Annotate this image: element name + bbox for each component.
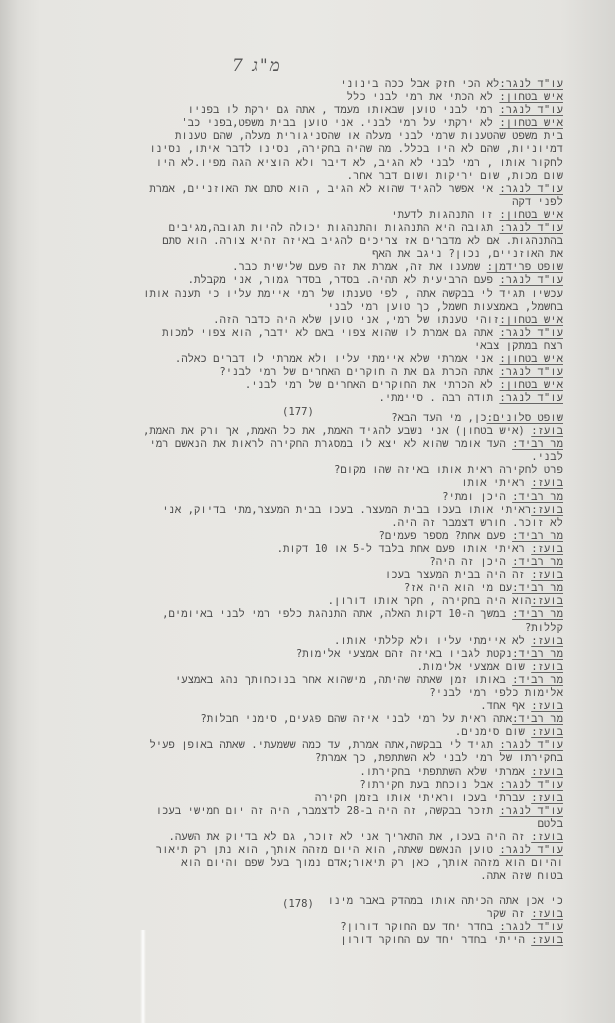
transcript-line: שום מכות, שום יריקות ושום דבר אחר. <box>33 170 563 183</box>
transcript-line: עו"ד לנגר: בחדר יחד עם החוקר דורון? <box>33 921 563 934</box>
transcript-line: לפני דקה <box>33 196 563 209</box>
speaker-label: מר רביד: <box>512 438 563 450</box>
transcript-line: בועז: ראיתי אותו פעם אחת בלבד ל-5 או 10 … <box>33 543 563 556</box>
speaker-label: בועז: <box>531 595 563 607</box>
utterance-text: והיום הוא מזהה אותך, כאן רק תיאור;אדם נמ… <box>181 857 563 869</box>
transcript-section-3: כי אכן אתה הכיתה אותו במהדק באבר מינובוע… <box>33 895 563 947</box>
utterance-text: הוא היה בחקירה , חקר אותו דורון. <box>328 595 532 607</box>
utterance-text: פעם אחת? מספר פעמים? <box>378 530 512 542</box>
utterance-text: פרט לחקירה ראית אותו באיזה שהו מקום? <box>334 464 563 476</box>
utterance-text: עם מי הוא היה אז? <box>404 582 512 594</box>
speaker-label: עו"ד לנגר: <box>499 739 563 751</box>
utterance-text: בית משפט שהטענות שרמי לבני מעלה או שהסני… <box>175 130 563 142</box>
transcript-line: דמיוניות, שהם לא היו בכלל. מה שהיה בחקיר… <box>33 143 563 156</box>
utterance-text: את האוזניים, נכון? ניגב את האף <box>372 248 563 260</box>
transcript-line: עכשיו תגיד לי בבקשה אתה , לפי טענתו של ר… <box>33 288 563 301</box>
transcript-line: בית משפט שהטענות שרמי לבני מעלה או שהסני… <box>33 130 563 143</box>
speaker-label: מר רביד: <box>512 713 563 725</box>
paper-fold-highlight <box>140 930 146 1023</box>
utterance-text: רמי לבני טוען שבאותו מעמד , אתה גם ירקת … <box>188 104 500 116</box>
speaker-label: בועז: <box>531 700 563 712</box>
utterance-text: אף אחד. <box>480 700 531 712</box>
utterance-text: תגיד לי בבקשה,אתה אמרת, עד כמה ששמעתי. ש… <box>149 739 499 751</box>
transcript-line: בועז: זה היה בעכו, את התאריך אני לא זוכר… <box>33 831 563 844</box>
transcript-line: בועז: לא איימתי עליו ולא קללתי אותו. <box>33 635 563 648</box>
speaker-label: מר רביד: <box>512 674 563 686</box>
transcript-line: בועז: אמרתי שלא השתתפתי בחקירתו. <box>33 766 563 779</box>
speaker-label: בועז: <box>531 425 563 437</box>
transcript-line: עו"ד לנגר: תזכר בבקשה, זה היה ב-28 לדצמב… <box>33 805 563 818</box>
speaker-label: איש בטחון: <box>499 91 563 103</box>
speaker-label: עו"ד לנגר: <box>499 183 563 195</box>
transcript-line: עו"ד לנגר: פעם הרביעית לא תהיה. בסדר, בס… <box>33 274 563 287</box>
speaker-label: בועז: <box>531 792 563 804</box>
section-2-lines: שופט סלונים:כן, מי העד הבא?בועז: (איש בט… <box>33 412 563 883</box>
utterance-text: אבל נוכחת בעת חקירתו? <box>359 779 499 791</box>
transcript-line: עו"ד לנגר: טוען הנאשם שאתה, הוא היום מזה… <box>33 844 563 857</box>
speaker-label: עו"ד לנגר: <box>499 392 563 404</box>
utterance-text: שום אמצעי אלימות. <box>417 661 532 673</box>
transcript-line: מר רביד:עם מי הוא היה אז? <box>33 582 563 595</box>
transcript-line: עו"ד לנגר: אי אפשר להגיד שהוא לא הגיב , … <box>33 183 563 196</box>
transcript-line: איש בטחון: לא הכרתי את החוקרים האחרים של… <box>33 379 563 392</box>
transcript-line: מר רביד: פעם אחת? מספר פעמים? <box>33 530 563 543</box>
transcript-line: איש בטחון: לא הכתי את רמי לבני כלל <box>33 91 563 104</box>
transcript-line: בועז: זה שקר <box>33 908 563 921</box>
transcript-line: מר רביד:אתה ראית על רמי לבני איזה שהם פג… <box>33 713 563 726</box>
speaker-label: מר רביד: <box>512 530 563 542</box>
transcript-line: מר רביד:נקטת לגביו באיזה זהם אמצעי אלימו… <box>33 648 563 661</box>
speaker-label: עו"ד לנגר: <box>499 366 563 378</box>
transcript-line: בועז: הייתי בחדר יחד עם החוקר דורון <box>33 934 563 947</box>
transcript-section-2: שופט סלונים:כן, מי העד הבא?בועז: (איש בט… <box>33 412 563 911</box>
speaker-label: בועז: <box>531 726 563 738</box>
speaker-label: איש בטחון: <box>499 209 563 221</box>
transcript-line: קללות? <box>33 622 563 635</box>
utterance-text: לא הכרתי את החוקרים האחרים של רמי לבני. <box>245 379 499 391</box>
utterance-text: בחדר יחד עם החוקר דורון? <box>340 921 499 933</box>
utterance-text: לא הכתי את רמי לבני כלל <box>347 91 500 103</box>
utterance-text: זוהי טענתו של רמי, אני טוען שלא היה כדבר… <box>213 314 499 326</box>
speaker-label: עו"ד לנגר: <box>499 805 563 817</box>
transcript-line: בועז: שום סימנים. <box>33 726 563 739</box>
utterance-text: בטוח שזה אתה. <box>480 870 563 882</box>
utterance-text: שום מכות, שום יריקות ושום דבר אחר. <box>347 170 563 182</box>
speaker-label: שופט פרידמן: <box>487 261 563 273</box>
speaker-label: מר רביד: <box>512 608 563 620</box>
utterance-text: תזכר בבקשה, זה היה ב-28 לדצמבר, היה זה י… <box>156 805 500 817</box>
utterance-text: לבני. <box>531 451 563 463</box>
utterance-text: אמרתי שלא השתתפתי בחקירתו. <box>359 766 531 778</box>
utterance-text: ראיתי אותו בעכו בבית המעצר. בעכו בבית המ… <box>162 504 531 516</box>
utterance-text: היכן זה היה? <box>429 556 512 568</box>
speaker-label: עו"ד לנגר: <box>499 327 563 339</box>
transcript-line: בועז: זה היה בבית המעצר בעכו <box>33 569 563 582</box>
speaker-label: בועז: <box>531 831 563 843</box>
utterance-text: היכן ומתי? <box>442 491 512 503</box>
utterance-text: באותו זמן שאתה שהיתה, מישהוא אחר בנוכחות… <box>175 674 512 686</box>
utterance-text: פעם הרביעית לא תהיה. בסדר, בסדר גמור, אנ… <box>188 274 500 286</box>
speaker-label: בועז: <box>531 661 563 673</box>
transcript-line: עו"ד לנגר: רמי לבני טוען שבאותו מעמד , א… <box>33 104 563 117</box>
speaker-label: עו"ד לנגר: <box>499 921 563 933</box>
utterance-text: בחקירתו של רמי לבני לא השתתפת, כך אמרת? <box>315 752 563 764</box>
transcript-line: שופט סלונים:כן, מי העד הבא? <box>33 412 563 425</box>
transcript-line: עו"ד לנגר: אתה גם אמרת לו שהוא צפוי באם … <box>33 327 563 340</box>
utterance-text: קללות? <box>525 622 563 634</box>
transcript-line: רצח במתקן צבאי <box>33 340 563 353</box>
utterance-text: כי אכן אתה הכיתה אותו במהדק באבר מינו <box>328 895 563 907</box>
transcript-line: לחקור אותו , רמי לבני לא הגיב, לא דיבר ו… <box>33 157 563 170</box>
speaker-label: איש בטחון: <box>499 353 563 365</box>
utterance-text: (איש בטחון) אני נשבע להגיד האמת, את כל ה… <box>143 425 531 437</box>
utterance-text: שום סימנים. <box>455 726 531 738</box>
speaker-label: עו"ד לנגר: <box>499 104 563 116</box>
utterance-text: אתה הכרת גם את ה חוקרים האחרים של רמי לב… <box>219 366 499 378</box>
speaker-label: מר רביד: <box>512 491 563 503</box>
utterance-text: לא זוכר. חורש דצמבר זה היה. <box>391 517 563 529</box>
speaker-label: בועז: <box>531 908 563 920</box>
utterance-text: לא הכי חזק אבל ככה בינוני <box>340 78 499 90</box>
utterance-text: אתה ראית על רמי לבני איזה שהם פגעים, סימ… <box>200 713 512 725</box>
speaker-label: מר רביד: <box>512 556 563 568</box>
transcript-line: והיום הוא מזהה אותך, כאן רק תיאור;אדם נמ… <box>33 857 563 870</box>
transcript-line: בועז: אף אחד. <box>33 700 563 713</box>
speaker-label: שופט סלונים: <box>487 412 563 424</box>
transcript-line: עו"ד לנגר: תגובה היא התנהגות והתנהגות יכ… <box>33 222 563 235</box>
utterance-text: אלימות כלפי רמי לבני? <box>429 687 563 699</box>
section-3-lines: כי אכן אתה הכיתה אותו במהדק באבר מינובוע… <box>33 895 563 947</box>
transcript-line: מר רביד: היכן זה היה? <box>33 556 563 569</box>
utterance-text: שמענו את זה, אמרת את זה פעם שלישית כבר. <box>232 261 487 273</box>
transcript-line: בועז: ראיתי אותו <box>33 477 563 490</box>
transcript-line: לא זוכר. חורש דצמבר זה היה. <box>33 517 563 530</box>
scanned-transcript-page: 7 מ"ג עו"ד לנגר:לא הכי חזק אבל ככה בינונ… <box>0 0 615 1023</box>
transcript-line: איש בטחון:זוהי טענתו של רמי, אני טוען של… <box>33 314 563 327</box>
utterance-text: תגובה היא התנהגות והתנהגות יכולה להיות ת… <box>169 222 500 234</box>
transcript-section-1: עו"ד לנגר:לא הכי חזק אבל ככה בינוניאיש ב… <box>33 78 563 419</box>
utterance-text: במשך ה-10 דקות האלה, אתה התנהגת כלפי רמי… <box>162 608 512 620</box>
speaker-label: איש בטחון: <box>499 117 563 129</box>
speaker-label: מר רביד: <box>512 582 563 594</box>
transcript-line: מר רביד: באותו זמן שאתה שהיתה, מישהוא אח… <box>33 674 563 687</box>
transcript-line: בטוח שזה אתה. <box>33 870 563 883</box>
utterance-text: ראיתי אותו פעם אחת בלבד ל-5 או 10 דקות. <box>277 543 532 555</box>
speaker-label: עו"ד לנגר: <box>499 779 563 791</box>
transcript-line: בחשמל, באמצעות חשמל, כך טוען רמי לבני <box>33 301 563 314</box>
speaker-label: מר רביד: <box>512 648 563 660</box>
speaker-label: איש בטחון: <box>499 314 563 326</box>
utterance-text: בחשמל, באמצעות חשמל, כך טוען רמי לבני <box>328 301 563 313</box>
speaker-label: איש בטחון: <box>499 379 563 391</box>
speaker-label: בועז: <box>531 635 563 647</box>
transcript-line: עו"ד לנגר: אבל נוכחת בעת חקירתו? <box>33 779 563 792</box>
transcript-line: איש בטחון: זו התנהגות לדעתי <box>33 209 563 222</box>
utterance-text: רצח במתקן צבאי <box>474 340 563 352</box>
speaker-label: בועז: <box>531 504 563 516</box>
utterance-text: תודה רבה . סיימתי. <box>378 392 499 404</box>
utterance-text: אני אמרתי שלא איימתי עליו ולא אמרתי לו ד… <box>175 353 499 365</box>
utterance-text: טוען הנאשם שאתה, הוא היום מזהה אותך, הוא… <box>156 844 500 856</box>
transcript-line: בהתנהגות. אם לא מדברים אז צריכים להגיב ב… <box>33 235 563 248</box>
transcript-line: עו"ד לנגר: אתה הכרת גם את ה חוקרים האחרי… <box>33 366 563 379</box>
transcript-line: בועז:ראיתי אותו בעכו בבית המעצר. בעכו בב… <box>33 504 563 517</box>
utterance-text: ראיתי אותו <box>461 477 531 489</box>
transcript-line: מר רביד: היכן ומתי? <box>33 491 563 504</box>
transcript-line: איש בטחון: לא ירקתי על רמי לבני. אני טוע… <box>33 117 563 130</box>
transcript-line: את האוזניים, נכון? ניגב את האף <box>33 248 563 261</box>
utterance-text: אי אפשר להגיד שהוא לא הגיב , הוא סתם את … <box>149 183 499 195</box>
utterance-text: הייתי בחדר יחד עם החוקר דורון <box>340 934 531 946</box>
speaker-label: עו"ד לנגר: <box>499 222 563 234</box>
transcript-line: לבני. <box>33 451 563 464</box>
transcript-line: איש בטחון: אני אמרתי שלא איימתי עליו ולא… <box>33 353 563 366</box>
transcript-line: עו"ד לנגר: תודה רבה . סיימתי. <box>33 392 563 405</box>
transcript-line: שופט פרידמן: שמענו את זה, אמרת את זה פעם… <box>33 261 563 274</box>
speaker-label: בועז: <box>531 569 563 581</box>
utterance-text: זה היה בעכו, את התאריך אני לא זוכר, גם ל… <box>168 831 531 843</box>
utterance-text: לא איימתי עליו ולא קללתי אותו. <box>334 635 531 647</box>
transcript-line: בועז: (איש בטחון) אני נשבע להגיד האמת, א… <box>33 425 563 438</box>
utterance-text: בהתנהגות. אם לא מדברים אז צריכים להגיב ב… <box>162 235 563 247</box>
utterance-text: אתה גם אמרת לו שהוא צפוי באם לא ידבר, הו… <box>162 327 499 339</box>
utterance-text: זו התנהגות לדעתי <box>391 209 499 221</box>
transcript-line: בועז:הוא היה בחקירה , חקר אותו דורון. <box>33 595 563 608</box>
transcript-line: בחקירתו של רמי לבני לא השתתפת, כך אמרת? <box>33 752 563 765</box>
speaker-label: בועז: <box>531 477 563 489</box>
transcript-line: עו"ד לנגר:לא הכי חזק אבל ככה בינוני <box>33 78 563 91</box>
transcript-line: מר רביד: העד אומר שהוא לא יצא לו במסגרת … <box>33 438 563 451</box>
transcript-line: מר רביד: במשך ה-10 דקות האלה, אתה התנהגת… <box>33 608 563 621</box>
utterance-text: בלטם <box>538 818 563 830</box>
speaker-label: עו"ד לנגר: <box>499 274 563 286</box>
utterance-text: זה היה בבית המעצר בעכו <box>385 569 531 581</box>
utterance-text: לחקור אותו , רמי לבני לא הגיב, לא דיבר ו… <box>156 157 563 169</box>
utterance-text: נקטת לגביו באיזה זהם אמצעי אלימות? <box>296 648 512 660</box>
utterance-text: העד אומר שהוא לא יצא לו במסגרת החקירה לר… <box>149 438 512 450</box>
speaker-label: בועז: <box>531 543 563 555</box>
speaker-label: בועז: <box>531 766 563 778</box>
transcript-line: פרט לחקירה ראית אותו באיזה שהו מקום? <box>33 464 563 477</box>
utterance-text: עכשיו תגיד לי בבקשה אתה , לפי טענתו של ר… <box>143 288 563 300</box>
transcript-line: בועז: עברתי בעכו וראיתי אותו בזמן חקירה <box>33 792 563 805</box>
transcript-line: בלטם <box>33 818 563 831</box>
section-1-lines: עו"ד לנגר:לא הכי חזק אבל ככה בינוניאיש ב… <box>33 78 563 405</box>
utterance-text: כן, מי העד הבא? <box>391 412 486 424</box>
transcript-line: בועז: שום אמצעי אלימות. <box>33 661 563 674</box>
utterance-text: דמיוניות, שהם לא היו בכלל. מה שהיה בחקיר… <box>149 143 563 155</box>
speaker-label: בועז: <box>531 934 563 946</box>
utterance-text: לפני דקה <box>512 196 563 208</box>
transcript-line: עו"ד לנגר: תגיד לי בבקשה,אתה אמרת, עד כמ… <box>33 739 563 752</box>
transcript-line: כי אכן אתה הכיתה אותו במהדק באבר מינו <box>33 895 563 908</box>
utterance-text: לא ירקתי על רמי לבני. אני טוען בבית משפט… <box>181 117 499 129</box>
utterance-text: זה שקר <box>487 908 532 920</box>
handwritten-page-note: 7 מ"ג <box>232 56 282 76</box>
transcript-line: אלימות כלפי רמי לבני? <box>33 687 563 700</box>
speaker-label: עו"ד לנגר: <box>499 844 563 856</box>
utterance-text: עברתי בעכו וראיתי אותו בזמן חקירה <box>315 792 531 804</box>
speaker-label: עו"ד לנגר: <box>499 78 563 90</box>
